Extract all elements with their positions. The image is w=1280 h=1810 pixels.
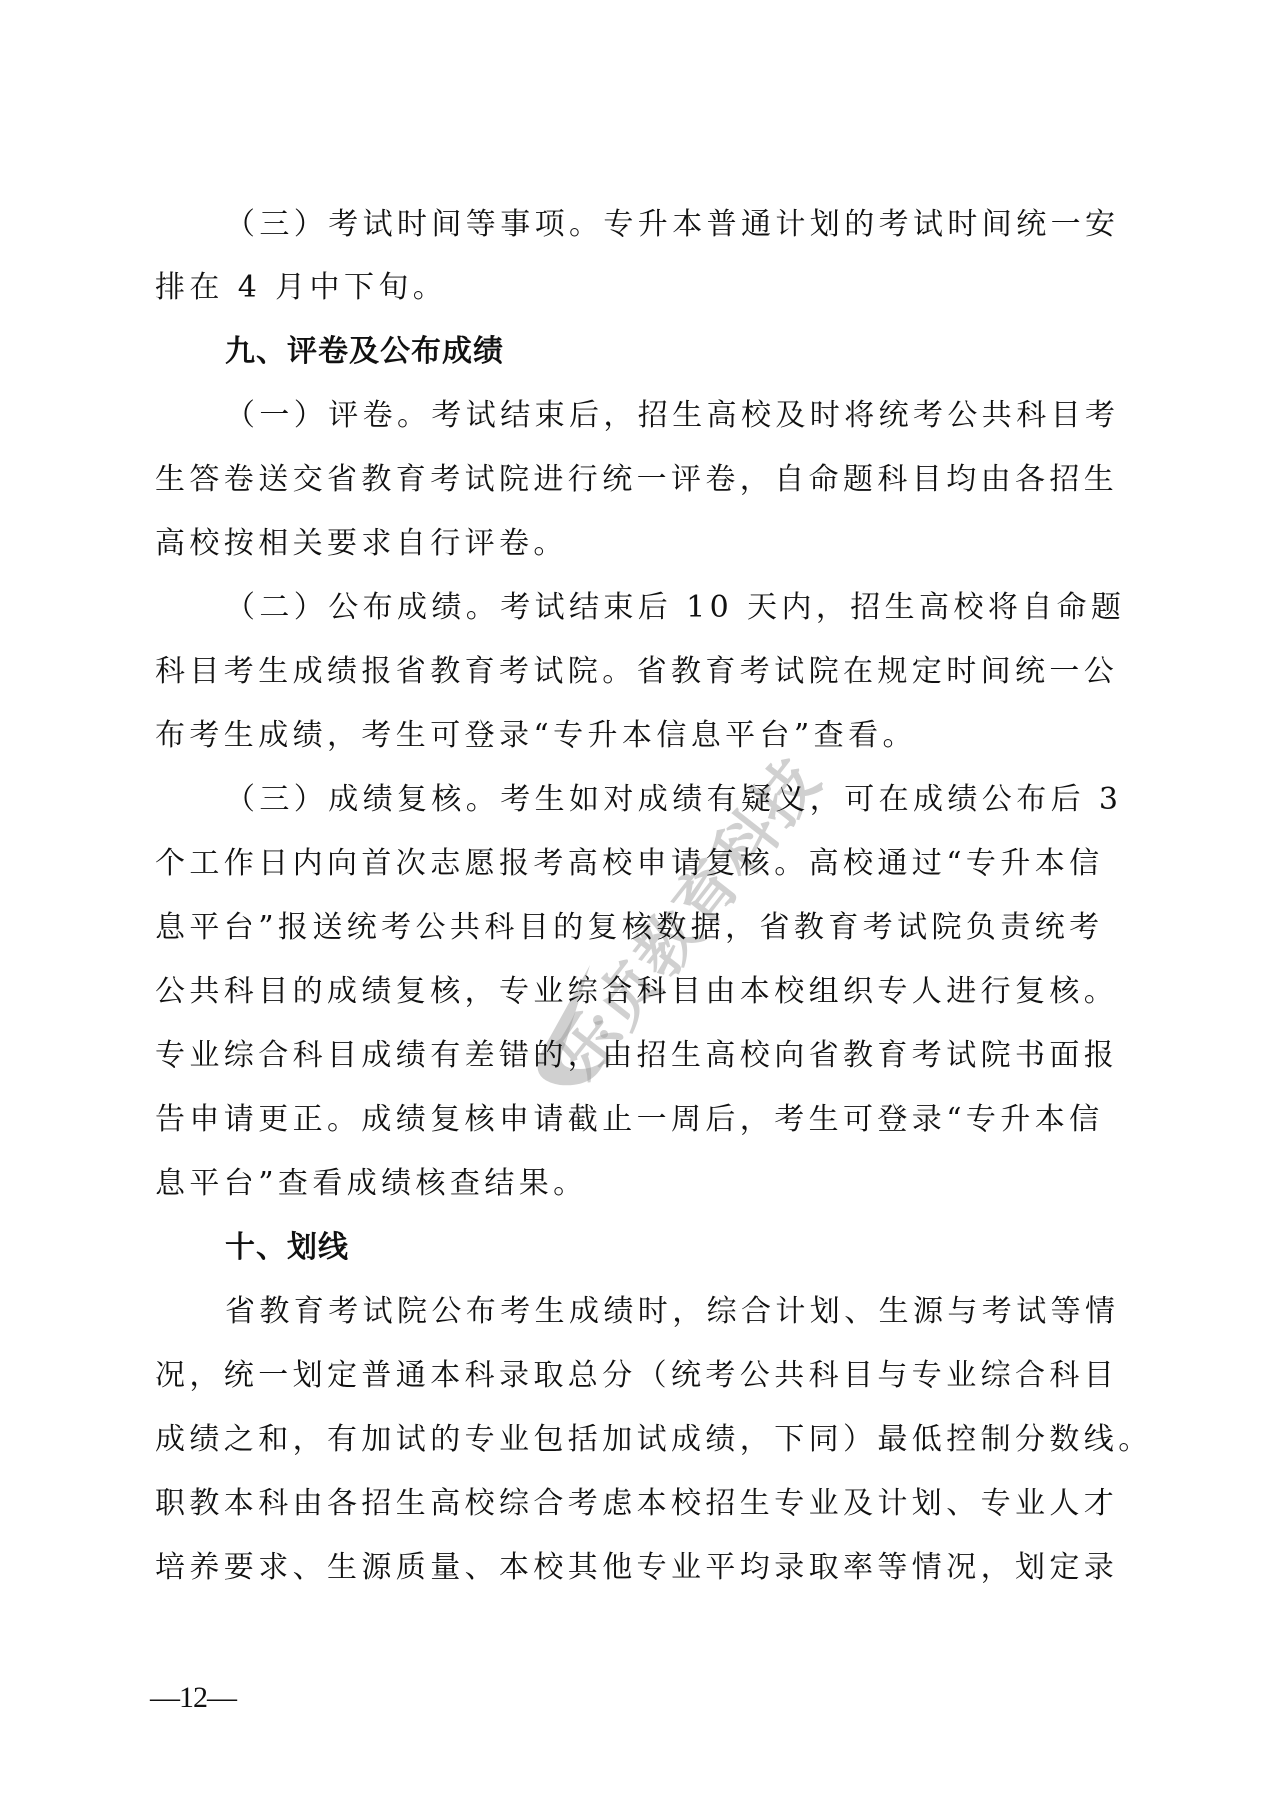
- paragraph-line: 布考生成绩，考生可登录“专升本信息平台”查看。: [155, 704, 1130, 768]
- paragraph-line: 专业综合科目成绩有差错的，由招生高校向省教育考试院书面报: [155, 1024, 1130, 1088]
- paragraph-line: 培养要求、生源质量、本校其他专业平均录取率等情况，划定录: [155, 1536, 1130, 1600]
- paragraph-line: 告申请更正。成绩复核申请截止一周后，考生可登录“专升本信: [155, 1088, 1130, 1152]
- paragraph-line: 息平台”报送统考公共科目的复核数据，省教育考试院负责统考: [155, 896, 1130, 960]
- paragraph-line: 公共科目的成绩复核，专业综合科目由本校组织专人进行复核。: [155, 960, 1130, 1024]
- paragraph-line: （一）评卷。考试结束后，招生高校及时将统考公共科目考: [155, 384, 1130, 448]
- paragraph-line: 科目考生成绩报省教育考试院。省教育考试院在规定时间统一公: [155, 640, 1130, 704]
- paragraph-line: 息平台”查看成绩核查结果。: [155, 1152, 1130, 1216]
- paragraph-line: （二）公布成绩。考试结束后 10 天内，招生高校将自命题: [155, 576, 1130, 640]
- paragraph-line: （三）成绩复核。考生如对成绩有疑义，可在成绩公布后 3: [155, 768, 1130, 832]
- paragraph-line: 省教育考试院公布考生成绩时，综合计划、生源与考试等情: [155, 1280, 1130, 1344]
- paragraph-line: 职教本科由各招生高校综合考虑本校招生专业及计划、专业人才: [155, 1472, 1130, 1536]
- page-number: —12—: [150, 1678, 236, 1718]
- paragraph-line: 生答卷送交省教育考试院进行统一评卷，自命题科目均由各招生: [155, 448, 1130, 512]
- paragraph-line: 排在 4 月中下旬。: [155, 256, 1130, 320]
- paragraph-line: 成绩之和，有加试的专业包括加试成绩，下同）最低控制分数线。: [155, 1408, 1130, 1472]
- paragraph-line: 高校按相关要求自行评卷。: [155, 512, 1130, 576]
- paragraph-line: 个工作日内向首次志愿报考高校申请复核。高校通过“专升本信: [155, 832, 1130, 896]
- section-heading-10: 十、划线: [155, 1216, 1130, 1280]
- paragraph-line: （三）考试时间等事项。专升本普通计划的考试时间统一安: [155, 193, 1130, 257]
- document-page: 乐贞教育科技 （三）考试时间等事项。专升本普通计划的考试时间统一安 排在 4 月…: [0, 0, 1280, 1810]
- section-heading-9: 九、评卷及公布成绩: [155, 320, 1130, 384]
- paragraph-line: 况，统一划定普通本科录取总分（统考公共科目与专业综合科目: [155, 1344, 1130, 1408]
